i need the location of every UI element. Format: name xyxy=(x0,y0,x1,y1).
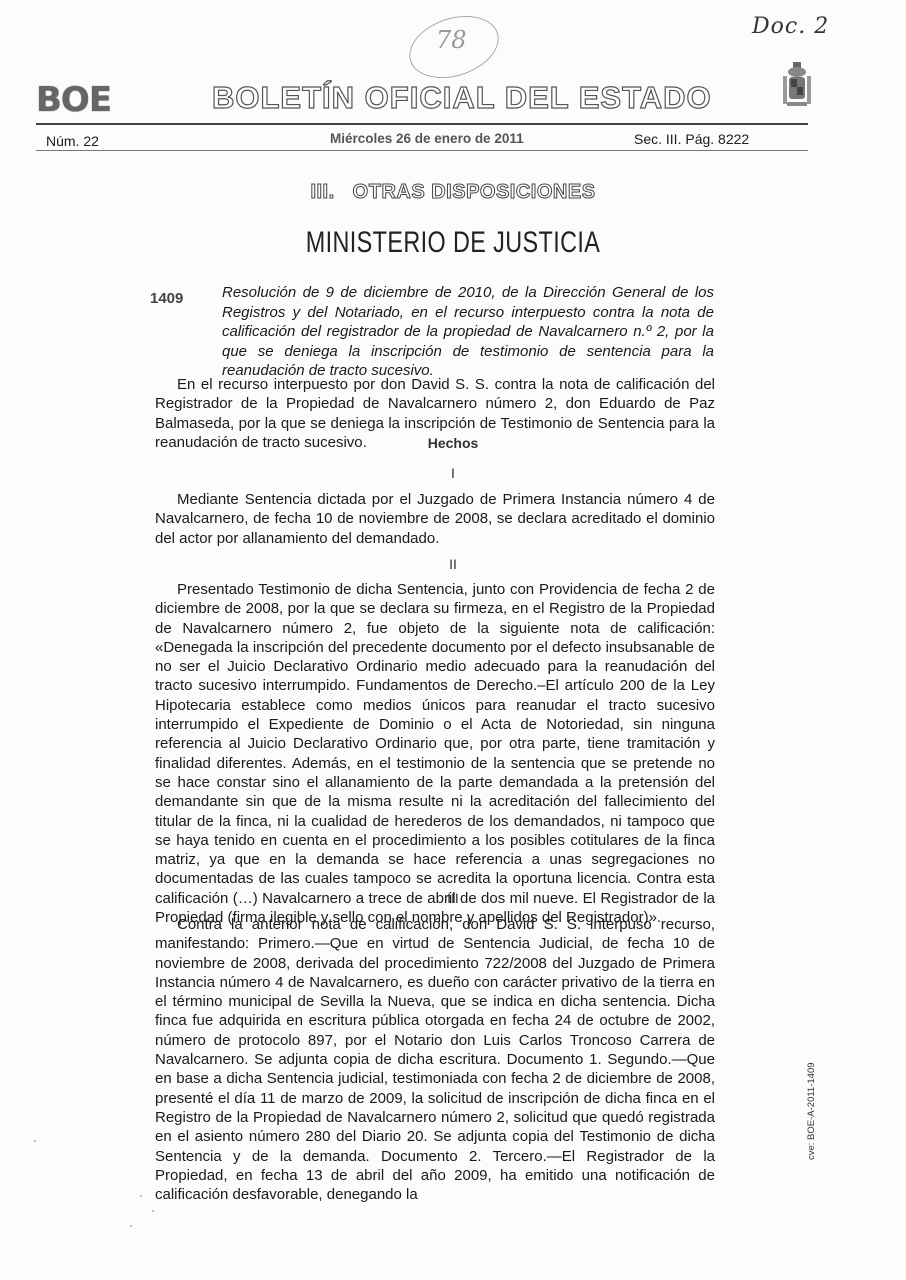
handwritten-doc-label: Doc. 2 xyxy=(752,14,829,39)
handwritten-stamp-number: 78 xyxy=(436,26,467,54)
header-rule-bottom xyxy=(36,150,808,151)
issue-date: Miércoles 26 de enero de 2011 xyxy=(330,131,524,146)
section-name: OTRAS DISPOSICIONES xyxy=(353,181,596,203)
section-roman: III. xyxy=(310,181,334,203)
boe-logo: BOE xyxy=(36,80,111,120)
scan-speck xyxy=(152,1210,154,1212)
section-page: Sec. III. Pág. 8222 xyxy=(634,131,749,147)
fact-roman-1: I xyxy=(0,465,906,481)
resolution-number: 1409 xyxy=(150,290,183,307)
scan-speck xyxy=(34,1140,36,1142)
bulletin-title: BOLETÍN OFICIAL DEL ESTADO xyxy=(212,80,712,116)
cve-identifier: cve: BOE-A-2011-1409 xyxy=(806,1062,817,1160)
scan-speck xyxy=(130,1225,132,1227)
ministry-title: MINISTERIO DE JUSTICIA xyxy=(100,226,807,260)
section-title: III.OTRAS DISPOSICIONES xyxy=(0,181,906,204)
header-rule-top xyxy=(36,123,808,125)
facts-heading: Hechos xyxy=(0,435,906,451)
issue-number: Núm. 22 xyxy=(46,133,99,149)
fact-roman-2: II xyxy=(0,556,906,572)
resolution-summary: Resolución de 9 de diciembre de 2010, de… xyxy=(222,283,714,381)
fact-paragraph-1: Mediante Sentencia dictada por el Juzgad… xyxy=(155,490,715,548)
fact-paragraph-3: Contra la anterior nota de calificación,… xyxy=(155,915,715,1204)
fact-paragraph-2: Presentado Testimonio de dicha Sentencia… xyxy=(155,580,715,927)
scan-speck xyxy=(140,1195,142,1197)
fact-roman-3: III xyxy=(0,890,906,906)
spain-coat-of-arms-icon xyxy=(782,62,812,110)
